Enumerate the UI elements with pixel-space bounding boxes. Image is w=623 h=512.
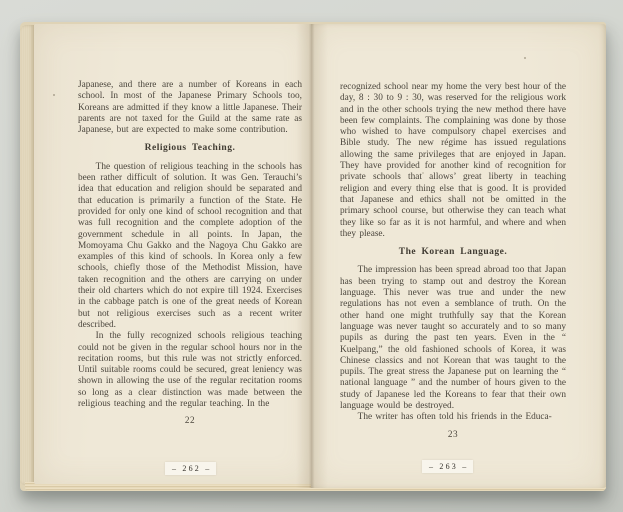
paragraph-continuation: recognized school near my home the very … xyxy=(340,82,566,240)
right-page-text-block: recognized school near my home the very … xyxy=(340,82,566,440)
paragraph: The question of religious teaching in th… xyxy=(78,162,302,331)
page-number: 22 xyxy=(78,415,302,426)
left-page-text-block: Japanese, and there are a number of Kore… xyxy=(78,80,302,427)
page-stamp: – 262 – xyxy=(165,462,216,475)
paragraph: In the fully recognized schools religiou… xyxy=(78,331,302,410)
right-page: recognized school near my home the very … xyxy=(311,24,606,488)
section-heading-religious-teaching: Religious Teaching. xyxy=(78,143,302,154)
open-book: Japanese, and there are a number of Kore… xyxy=(20,22,606,491)
paragraph: The impression has been spread abroad to… xyxy=(340,265,566,412)
paper-speck xyxy=(524,57,526,59)
paper-speck xyxy=(53,94,55,96)
paragraph-continuation: Japanese, and there are a number of Kore… xyxy=(78,80,302,136)
left-page: Japanese, and there are a number of Kore… xyxy=(34,24,311,484)
paper-speck xyxy=(422,172,424,174)
page-stamp: – 263 – xyxy=(422,460,473,473)
left-page-edges xyxy=(20,25,34,485)
paragraph: The writer has often told his friends in… xyxy=(340,412,566,423)
section-heading-korean-language: The Korean Language. xyxy=(340,247,566,258)
page-number: 23 xyxy=(340,429,566,440)
